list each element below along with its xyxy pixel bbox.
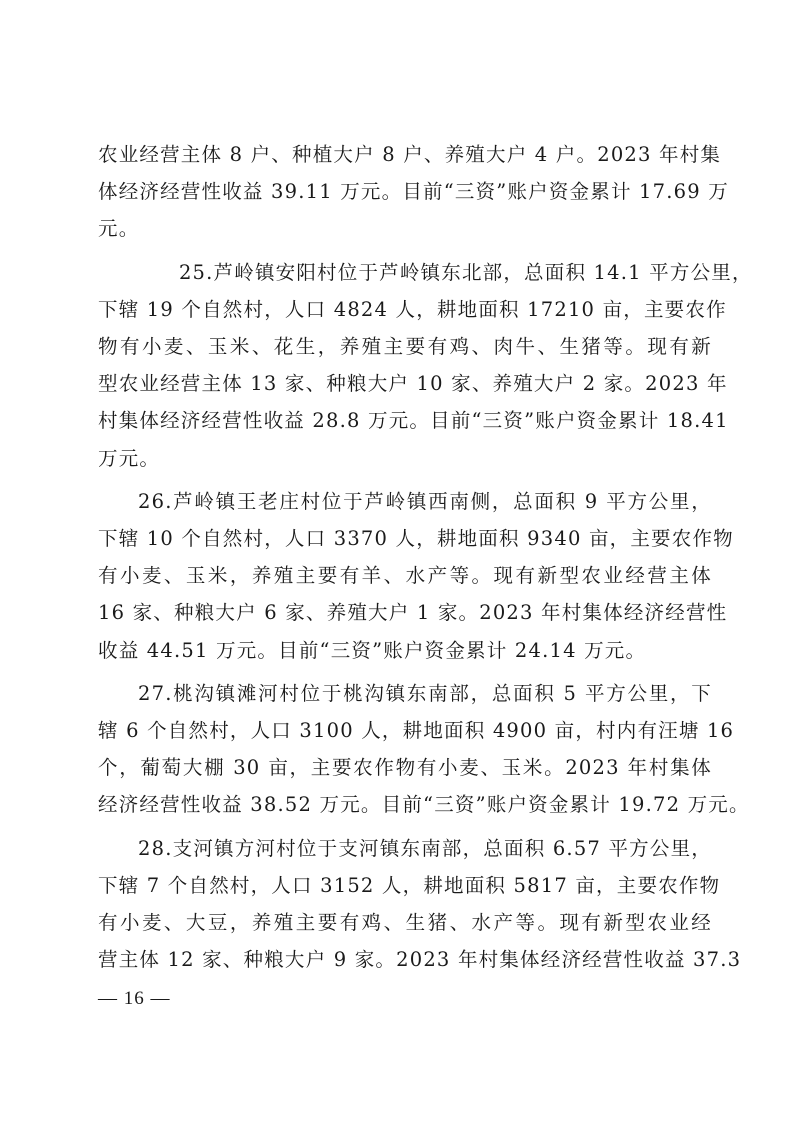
text-line: 28.支河镇方河村位于支河镇东南部，总面积 6.57 平方公里， <box>98 830 712 867</box>
text-line: 物有小麦、玉米、花生，养殖主要有鸡、肉牛、生猪等。现有新 <box>98 328 712 365</box>
text-line: 农业经营主体 8 户、种植大户 8 户、养殖大户 4 户。2023 年村集 <box>98 136 712 173</box>
text-line: 村集体经济经营性收益 28.8 万元。目前“三资”账户资金累计 18.41 <box>98 402 712 439</box>
text-line: 营主体 12 家、种粮大户 9 家。2023 年村集体经济经营性收益 37.3 <box>98 941 712 978</box>
paragraph-24-continued: 农业经营主体 8 户、种植大户 8 户、养殖大户 4 户。2023 年村集 体经… <box>98 136 712 248</box>
text-line: 27.桃沟镇滩河村位于桃沟镇东南部，总面积 5 平方公里，下 <box>98 675 712 712</box>
text-line: 有小麦、玉米，养殖主要有羊、水产等。现有新型农业经营主体 <box>98 557 712 594</box>
text-line: 收益 44.51 万元。目前“三资”账户资金累计 24.14 万元。 <box>98 632 712 669</box>
document-page-body: 农业经营主体 8 户、种植大户 8 户、养殖大户 4 户。2023 年村集 体经… <box>98 136 712 978</box>
text-line: 26.芦岭镇王老庄村位于芦岭镇西南侧，总面积 9 平方公里， <box>98 483 712 520</box>
text-line: 25.芦岭镇安阳村位于芦岭镇东北部，总面积 14.1 平方公里， <box>98 254 712 291</box>
paragraph-25-anyang-village: 25.芦岭镇安阳村位于芦岭镇东北部，总面积 14.1 平方公里， 下辖 19 个… <box>98 254 712 477</box>
text-line: 型农业经营主体 13 家、种粮大户 10 家、养殖大户 2 家。2023 年 <box>98 365 712 402</box>
text-line: 16 家、种粮大户 6 家、养殖大户 1 家。2023 年村集体经济经营性 <box>98 594 712 631</box>
paragraph-28-fanghe-village: 28.支河镇方河村位于支河镇东南部，总面积 6.57 平方公里， 下辖 7 个自… <box>98 830 712 979</box>
text-line: 下辖 7 个自然村，人口 3152 人，耕地面积 5817 亩，主要农作物 <box>98 867 712 904</box>
text-line: 万元。 <box>98 440 712 477</box>
text-line: 辖 6 个自然村，人口 3100 人，耕地面积 4900 亩，村内有汪塘 16 <box>98 712 712 749</box>
text-line: 下辖 19 个自然村，人口 4824 人，耕地面积 17210 亩，主要农作 <box>98 291 712 328</box>
text-line: 个，葡萄大棚 30 亩，主要农作物有小麦、玉米。2023 年村集体 <box>98 749 712 786</box>
text-line: 元。 <box>98 210 712 247</box>
text-line: 下辖 10 个自然村，人口 3370 人，耕地面积 9340 亩，主要农作物 <box>98 520 712 557</box>
text-line: 有小麦、大豆，养殖主要有鸡、生猪、水产等。现有新型农业经 <box>98 904 712 941</box>
page-number: — 16 — <box>98 988 171 1010</box>
text-line: 体经济经营性收益 39.11 万元。目前“三资”账户资金累计 17.69 万 <box>98 173 712 210</box>
text-line: 经济经营性收益 38.52 万元。目前“三资”账户资金累计 19.72 万元。 <box>98 786 712 823</box>
paragraph-27-tanhe-village: 27.桃沟镇滩河村位于桃沟镇东南部，总面积 5 平方公里，下 辖 6 个自然村，… <box>98 675 712 824</box>
paragraph-26-wanglaozhuang-village: 26.芦岭镇王老庄村位于芦岭镇西南侧，总面积 9 平方公里， 下辖 10 个自然… <box>98 483 712 669</box>
